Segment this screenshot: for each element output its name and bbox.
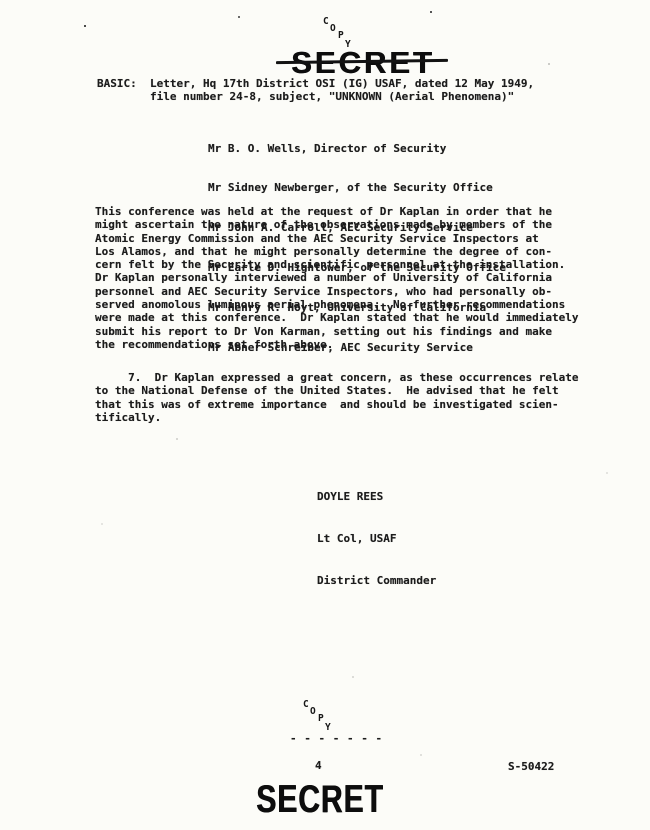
conference-paragraph: This conference was held at the request … xyxy=(95,205,578,351)
scan-noise-specks xyxy=(0,0,2,2)
copy-letter: P xyxy=(338,30,344,41)
copy-letter: C xyxy=(323,16,329,27)
copy-stamp-bottom: C O P Y xyxy=(303,699,337,735)
attendee-line: Mr Sidney Newberger, of the Security Off… xyxy=(208,181,506,194)
signature-block: DOYLE REES Lt Col, USAF District Command… xyxy=(317,462,436,616)
basic-reference: BASIC: Letter, Hq 17th District OSI (IG)… xyxy=(97,77,534,104)
copy-letter: O xyxy=(330,23,336,34)
secret-stamp-bottom: SECRET xyxy=(256,781,384,820)
paragraph-seven: 7. Dr Kaplan expressed a great concern, … xyxy=(95,371,578,424)
copy-divider-dashes: - - - - - - - xyxy=(290,732,383,745)
signature-title: District Commander xyxy=(317,574,436,588)
copy-letter: C xyxy=(303,699,309,710)
signature-rank: Lt Col, USAF xyxy=(317,532,436,546)
scanned-document-page: C O P Y SECRET BASIC: Letter, Hq 17th Di… xyxy=(0,0,650,830)
page-number: 4 xyxy=(315,759,322,772)
copy-letter: O xyxy=(310,706,316,717)
reference-number: S-50422 xyxy=(508,760,554,773)
copy-letter: P xyxy=(318,713,324,724)
signature-name: DOYLE REES xyxy=(317,490,436,504)
attendee-line: Mr B. O. Wells, Director of Security xyxy=(208,142,506,155)
